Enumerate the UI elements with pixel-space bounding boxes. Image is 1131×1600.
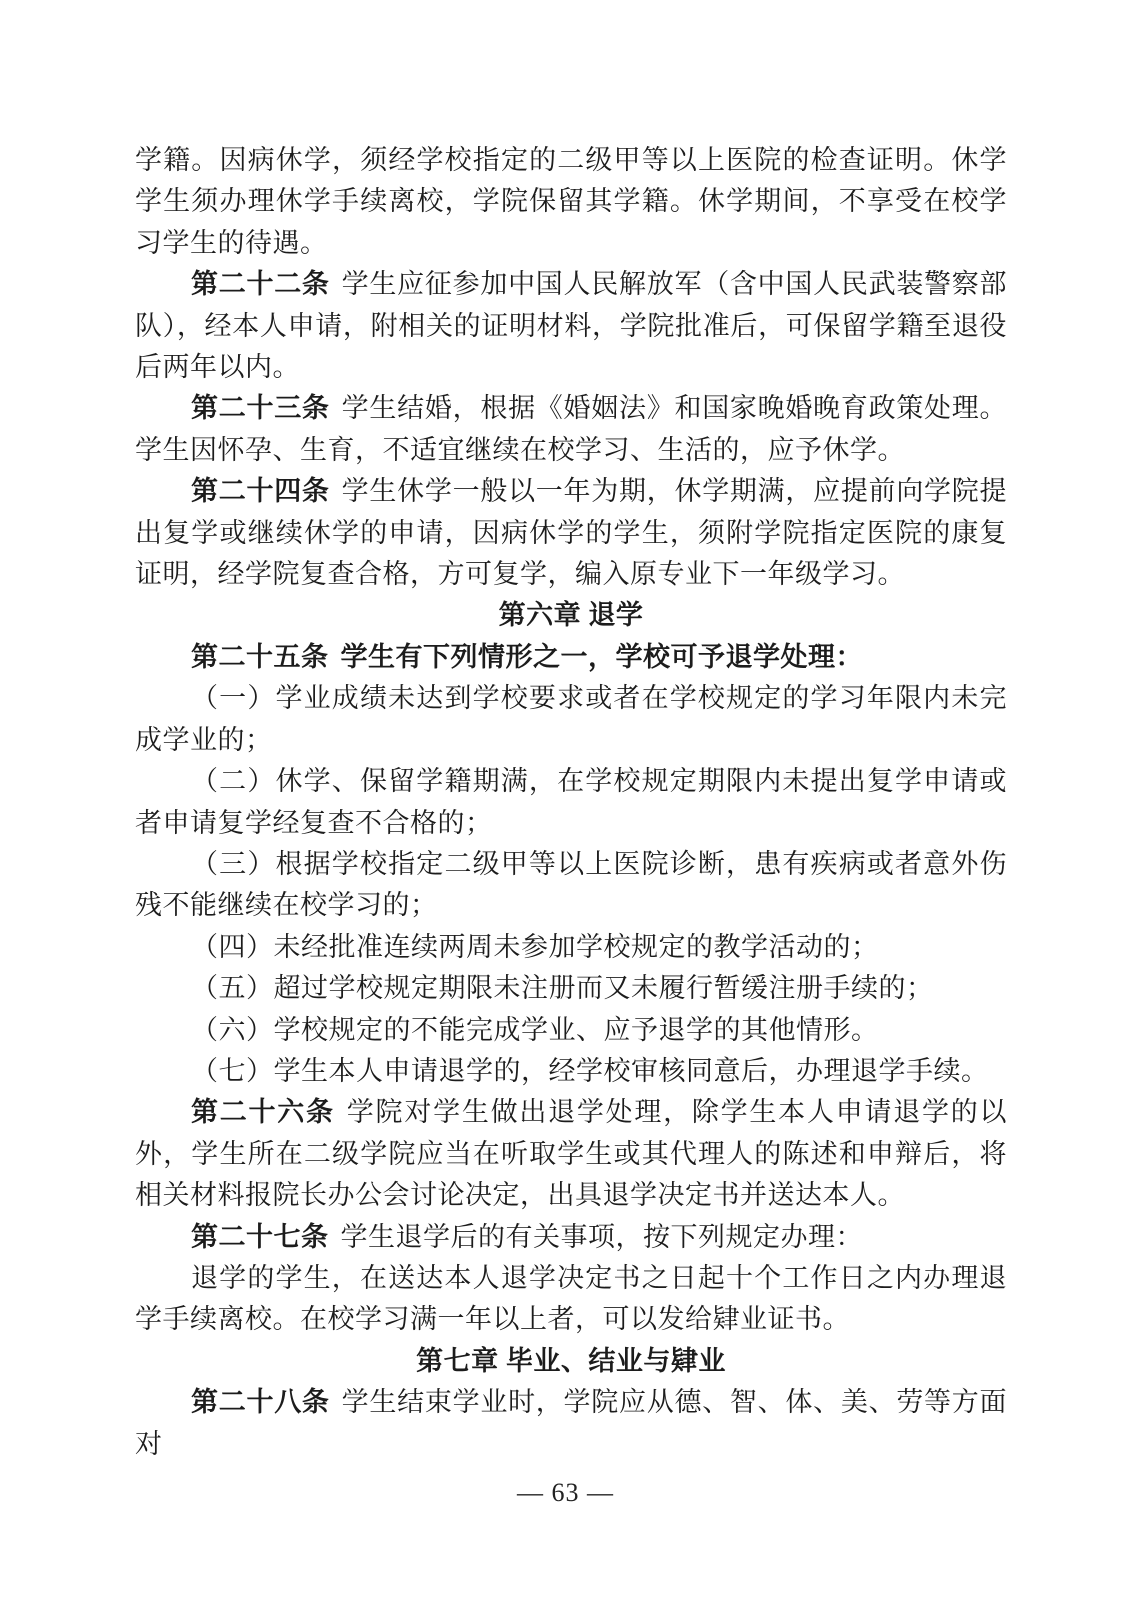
- paragraph: 第二十五条学生有下列情形之一，学校可予退学处理：: [135, 637, 1007, 678]
- paragraph: 第二十六条学院对学生做出退学处理，除学生本人申请退学的以外，学生所在二级学院应当…: [135, 1092, 1007, 1216]
- paragraph-text: 退学的学生，在送达本人退学决定书之日起十个工作日之内办理退学手续离校。在校学习满…: [135, 1263, 1007, 1334]
- paragraph-text: （六）学校规定的不能完成学业、应予退学的其他情形。: [191, 1015, 879, 1045]
- paragraph: （二）休学、保留学籍期满，在学校规定期限内未提出复学申请或者申请复学经复查不合格…: [135, 761, 1007, 844]
- paragraph: （六）学校规定的不能完成学业、应予退学的其他情形。: [135, 1010, 1007, 1051]
- chapter-heading: 第七章 毕业、结业与肄业: [135, 1341, 1007, 1382]
- paragraph: 第二十八条学生结束学业时，学院应从德、智、体、美、劳等方面对: [135, 1382, 1007, 1465]
- paragraph-text: （三）根据学校指定二级甲等以上医院诊断，患有疾病或者意外伤残不能继续在校学习的；: [135, 849, 1007, 920]
- article-number: 第二十五条: [191, 642, 329, 672]
- paragraph-text: （二）休学、保留学籍期满，在学校规定期限内未提出复学申请或者申请复学经复查不合格…: [135, 766, 1007, 837]
- article-number: 第二十六条: [191, 1097, 335, 1127]
- paragraph: 第二十四条学生休学一般以一年为期，休学期满，应提前向学院提出复学或继续休学的申请…: [135, 471, 1007, 595]
- article-number: 第二十四条: [191, 476, 330, 506]
- paragraph-text: （一）学业成绩未达到学校要求或者在学校规定的学习年限内未完成学业的；: [135, 683, 1007, 754]
- paragraph: （四）未经批准连续两周未参加学校规定的教学活动的；: [135, 927, 1007, 968]
- article-number: 第二十七条: [191, 1222, 329, 1252]
- article-number: 第二十三条: [191, 393, 330, 423]
- paragraph: 学籍。因病休学，须经学校指定的二级甲等以上医院的检查证明。休学学生须办理休学手续…: [135, 140, 1007, 264]
- page-footer: — 63 —: [0, 1478, 1131, 1508]
- paragraph: 第二十二条学生应征参加中国人民解放军（含中国人民武装警察部队），经本人申请，附相…: [135, 264, 1007, 388]
- paragraph-text: （七）学生本人申请退学的，经学校审核同意后，办理退学手续。: [191, 1056, 989, 1086]
- paragraph: 第二十七条学生退学后的有关事项，按下列规定办理：: [135, 1217, 1007, 1258]
- paragraph: 第二十三条学生结婚，根据《婚姻法》和国家晚婚晚育政策处理。学生因怀孕、生育，不适…: [135, 388, 1007, 471]
- paragraph: （七）学生本人申请退学的，经学校审核同意后，办理退学手续。: [135, 1051, 1007, 1092]
- page-number: — 63 —: [517, 1478, 614, 1507]
- article-number: 第二十二条: [191, 269, 330, 299]
- paragraph-text: （五）超过学校规定期限未注册而又未履行暂缓注册手续的；: [191, 973, 934, 1003]
- paragraph: （五）超过学校规定期限未注册而又未履行暂缓注册手续的；: [135, 968, 1007, 1009]
- paragraph: （三）根据学校指定二级甲等以上医院诊断，患有疾病或者意外伤残不能继续在校学习的；: [135, 844, 1007, 927]
- article-number: 第二十八条: [191, 1387, 330, 1417]
- document-page: 学籍。因病休学，须经学校指定的二级甲等以上医院的检查证明。休学学生须办理休学手续…: [0, 0, 1131, 1600]
- paragraph: （一）学业成绩未达到学校要求或者在学校规定的学习年限内未完成学业的；: [135, 678, 1007, 761]
- paragraph: 退学的学生，在送达本人退学决定书之日起十个工作日之内办理退学手续离校。在校学习满…: [135, 1258, 1007, 1341]
- paragraph-text: 学生退学后的有关事项，按下列规定办理：: [341, 1222, 864, 1252]
- document-body: 学籍。因病休学，须经学校指定的二级甲等以上医院的检查证明。休学学生须办理休学手续…: [135, 140, 1007, 1465]
- paragraph-text: 学籍。因病休学，须经学校指定的二级甲等以上医院的检查证明。休学学生须办理休学手续…: [135, 145, 1007, 258]
- paragraph-text: （四）未经批准连续两周未参加学校规定的教学活动的；: [191, 932, 879, 962]
- chapter-heading: 第六章 退学: [135, 595, 1007, 636]
- chapter-title-text: 第六章 退学: [499, 600, 644, 630]
- chapter-title-text: 第七章 毕业、结业与肄业: [416, 1346, 726, 1376]
- paragraph-text: 学生有下列情形之一，学校可予退学处理：: [341, 642, 864, 672]
